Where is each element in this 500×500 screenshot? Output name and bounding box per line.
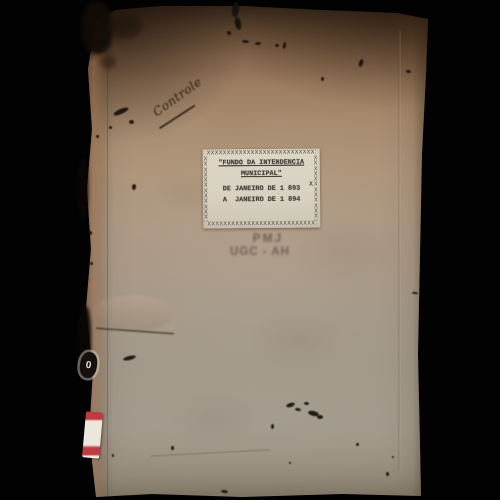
ink-stain [289, 462, 291, 464]
ink-stain [112, 454, 114, 457]
ink-stain [171, 446, 174, 450]
label-content: "FUNDO DA INTENDENCIA MUNICIPAL" DE JANE… [211, 157, 313, 223]
spine-tear [78, 158, 88, 220]
ink-stain [392, 456, 394, 458]
label-date-line-1: DE JANEIRO DE 1 893 [211, 185, 312, 194]
typed-label: XXXXXXXXXXXXXXXXXXXXXXXXXXXXXXXXXX XXXXX… [203, 148, 321, 228]
ink-stain [304, 402, 309, 405]
ink-stain [321, 77, 324, 81]
label-title-line-1: "FUNDO DA INTENDENCIA [211, 159, 312, 168]
number-sticker-digit: 0 [85, 359, 92, 371]
ink-stain [242, 40, 249, 44]
corner-stain [82, 2, 112, 54]
ink-stain [90, 262, 93, 265]
archive-stamp-watermark: PMJ UGC - AH [222, 231, 298, 258]
ink-stain [275, 44, 279, 47]
ink-stain [412, 292, 418, 294]
watermark-line-2: UGC - AH [222, 246, 298, 258]
label-title-line-2: MUNICIPAL" [211, 170, 312, 179]
photo-backdrop: Controle PMJ UGC - AH XXXXXXXXXXXXXXXXXX… [0, 0, 500, 500]
ink-stain [386, 472, 389, 476]
watermark-line-1: PMJ [222, 231, 298, 245]
label-date-line-2: A JANEIRO DE 1 894 [211, 196, 312, 205]
ink-stain [406, 70, 411, 74]
ink-stain [109, 126, 112, 129]
label-stray-x: X [309, 181, 313, 188]
label-border-left: XXXXXXXXXXXXX [204, 156, 210, 221]
ink-stain [356, 443, 359, 446]
ink-stain [317, 415, 323, 419]
label-border-top: XXXXXXXXXXXXXXXXXXXXXXXXXXXXXXXXXX [207, 150, 316, 157]
ink-stain [227, 31, 231, 35]
ink-stain [96, 135, 99, 138]
ink-stain [271, 424, 274, 429]
ink-stain [129, 120, 134, 124]
ink-stain [88, 231, 92, 235]
label-border-right: XXXXXXXXXXXXX [314, 155, 320, 220]
